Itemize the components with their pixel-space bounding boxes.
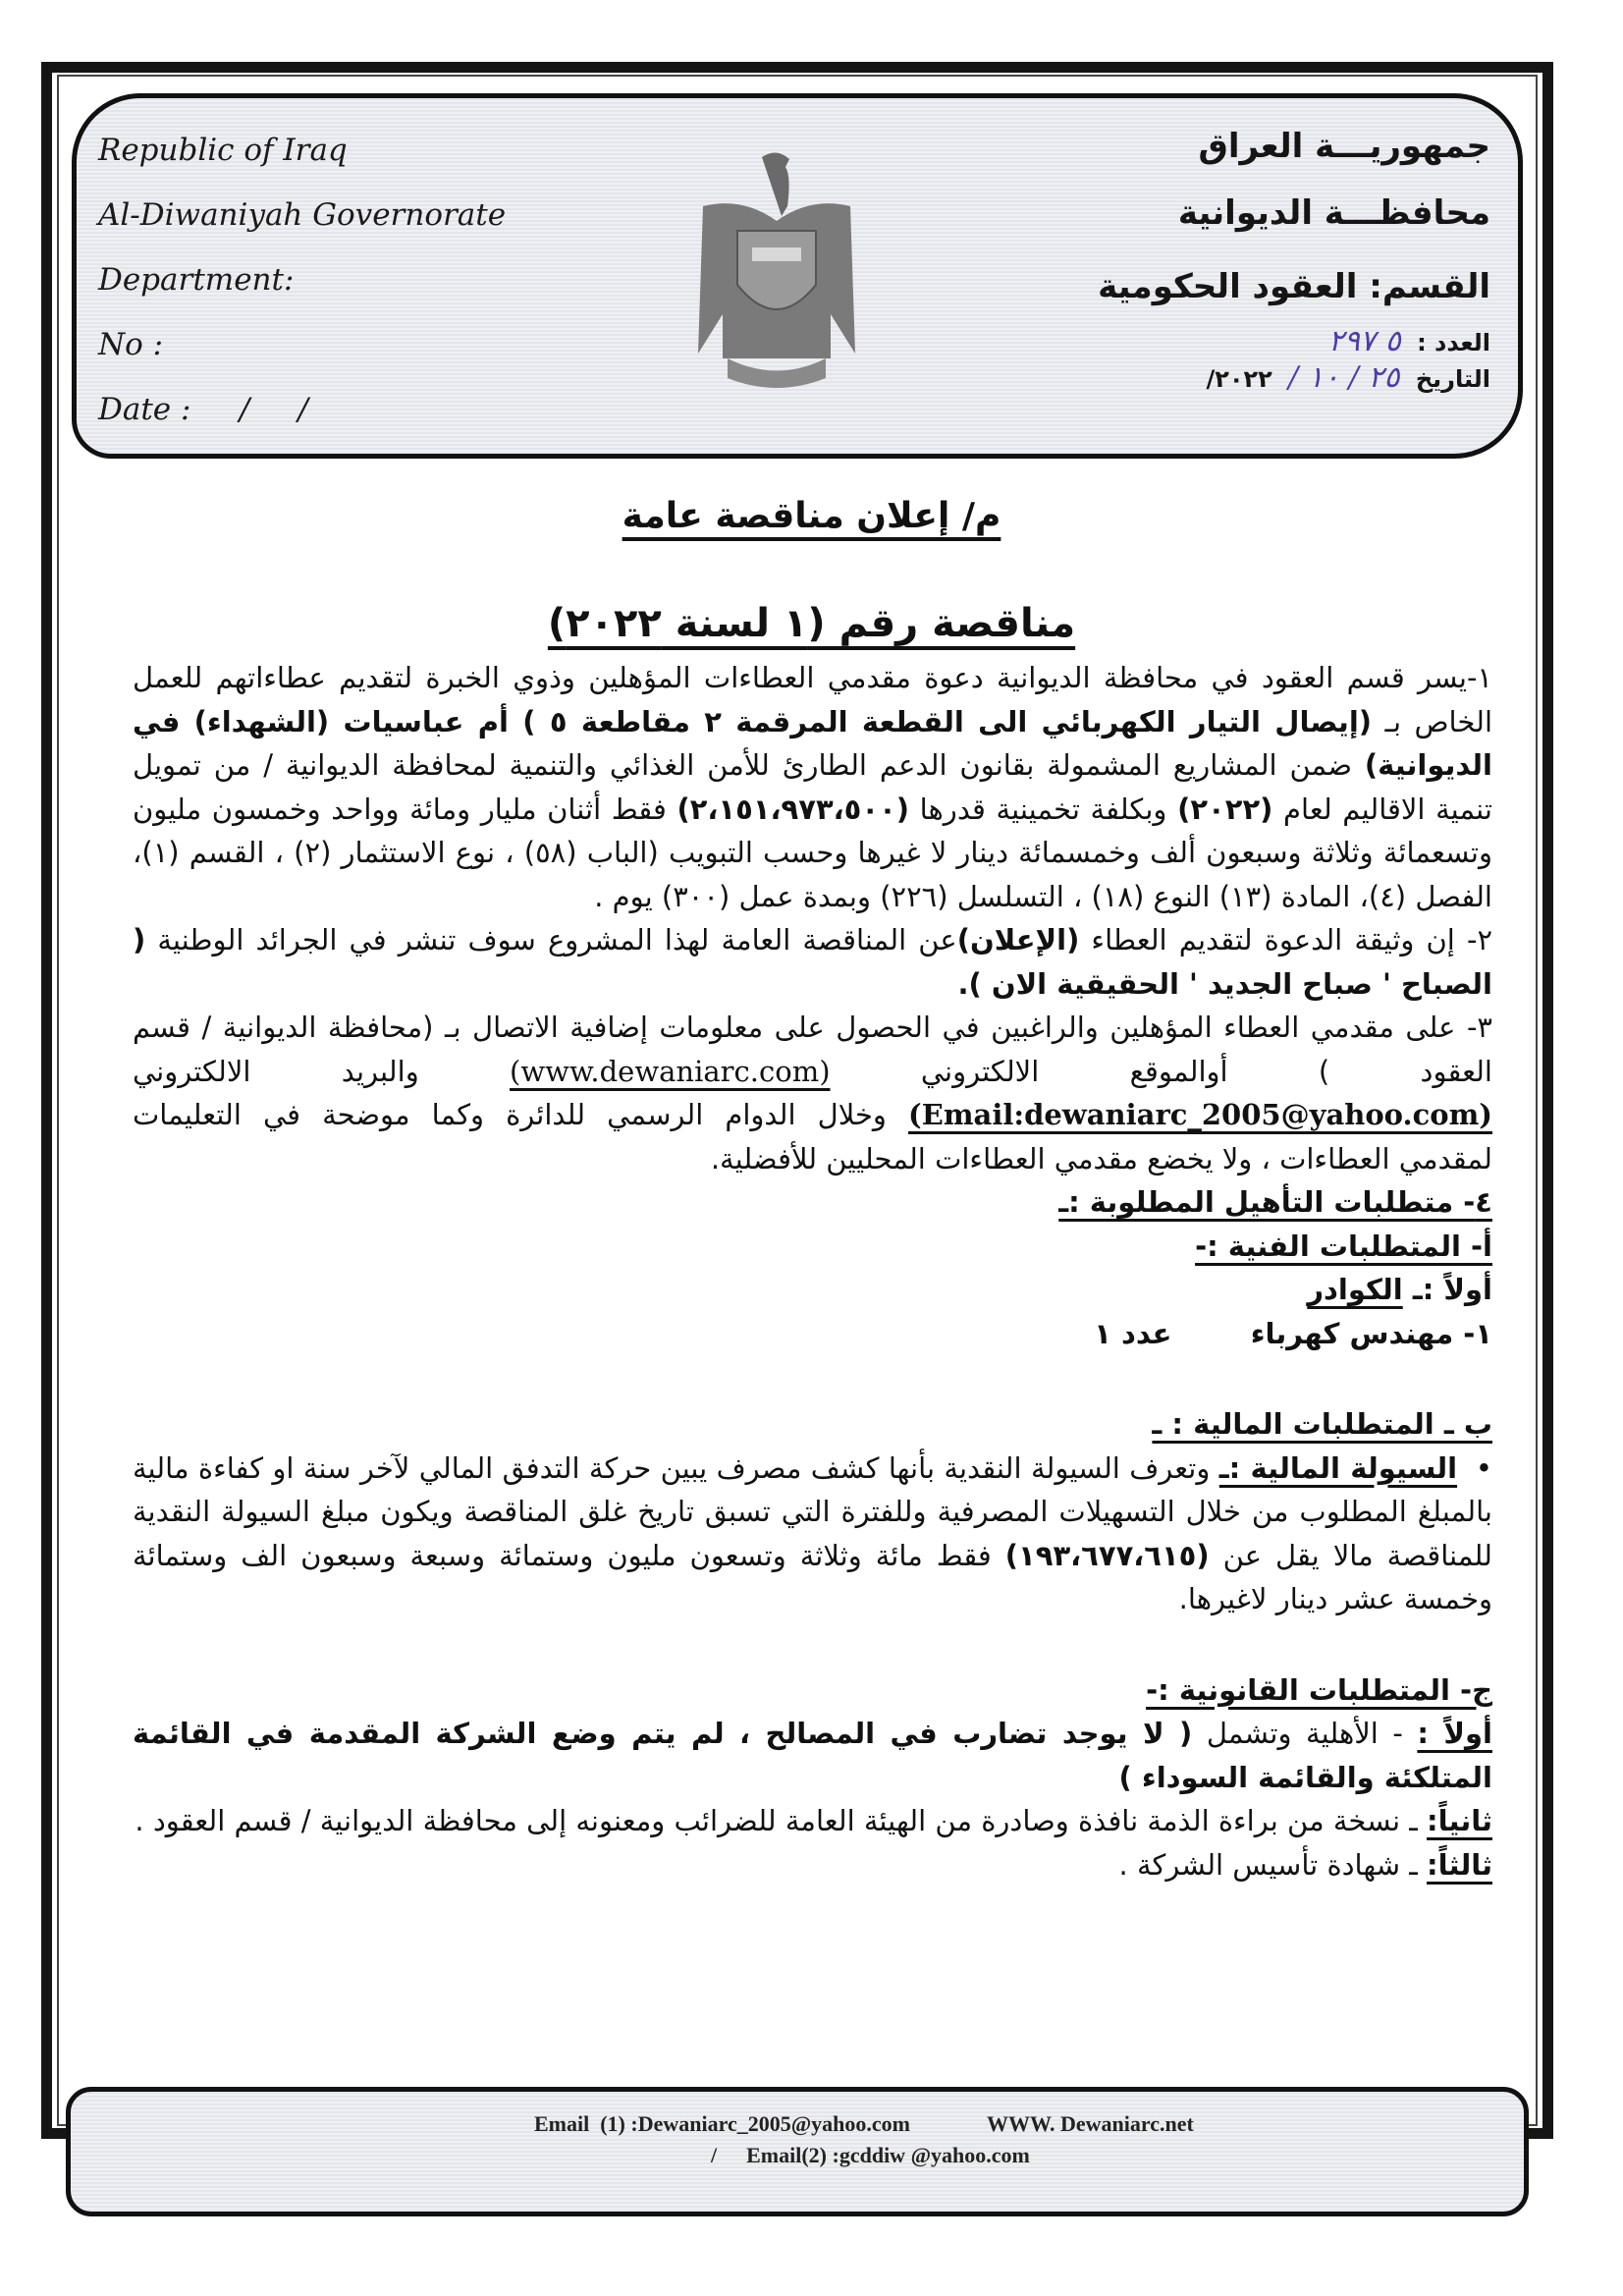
financial-requirements-heading: ب ـ المتطلبات المالية : ـ	[133, 1402, 1492, 1447]
legal-requirements-heading: ج- المتطلبات القانونية :-	[133, 1668, 1492, 1713]
footer-separator: /	[711, 2143, 717, 2167]
number-label-ar: العدد :	[1417, 329, 1490, 356]
estimated-cost: (٢،١٥١،٩٧٣،٥٠٠)	[676, 793, 909, 826]
reference-date: التاريخ ٢٥ / ١٠ / ٢٠٢٢/	[1098, 360, 1490, 397]
footer-email-1[interactable]: Email (1) :Dewaniarc_2005@yahoo.com	[534, 2111, 910, 2136]
section-4-heading: ٤- متطلبات التأهيل المطلوبة :ـ	[133, 1180, 1492, 1225]
country-name-en: Republic of Iraq	[98, 118, 506, 183]
letterhead-arabic: جمهوريـــة العراق محافظـــة الديوانية ال…	[1098, 116, 1490, 397]
legal-item-3: ثالثاً: ـ شهادة تأسيس الشركة .	[133, 1843, 1492, 1887]
date-year: ٢٠٢٢/	[1206, 365, 1271, 393]
number-label-en: No :	[98, 312, 506, 377]
footer-email-2[interactable]: Email(2) :gcddiw @yahoo.com	[746, 2143, 1030, 2167]
country-name-ar: جمهوريـــة العراق	[1098, 116, 1490, 177]
staff-count-label: عدد	[1121, 1317, 1171, 1350]
letterhead: Republic of Iraq Al-Diwaniyah Governorat…	[72, 93, 1523, 459]
letterhead-english: Republic of Iraq Al-Diwaniyah Governorat…	[98, 118, 506, 442]
number-value-handwritten: ٥ ٢٩٧	[1321, 324, 1409, 358]
date-label-ar: التاريخ	[1416, 365, 1490, 393]
website-link[interactable]: (www.dewaniarc.com)	[510, 1055, 830, 1088]
footer-contact-box: Email (1) :Dewaniarc_2005@yahoo.comWWW. …	[66, 2087, 1529, 2216]
department-label-en: Department:	[98, 247, 506, 312]
financial-liquidity-item: • السيولة المالية :ـ وتعرف السيولة النقد…	[133, 1447, 1492, 1621]
date-value-handwritten: ٢٥ / ١٠ /	[1280, 360, 1407, 395]
footer-website[interactable]: WWW. Dewaniarc.net	[987, 2111, 1194, 2136]
legal-item-1: أولاً : - الأهلية وتشمل ( لا يوجد تضارب …	[133, 1712, 1492, 1799]
footer-row-1: Email (1) :Dewaniarc_2005@yahoo.comWWW. …	[534, 2111, 1194, 2137]
technical-requirements-heading: أ- المتطلبات الفنية :-	[133, 1225, 1492, 1269]
iraq-emblem-icon	[683, 137, 870, 393]
document-body: ١-يسر قسم العقود في محافظة الديوانية دعو…	[133, 656, 1492, 1886]
department-name-ar: القسم: العقود الحكومية	[1098, 249, 1490, 324]
staff-item: ١- مهندس كهرباء عدد ١	[133, 1312, 1492, 1356]
document-title: م/ إعلان مناقصة عامة	[0, 496, 1623, 536]
email-link[interactable]: (Email:dewaniarc_2005@yahoo.com)	[908, 1098, 1492, 1131]
liquidity-amount: (١٩٣،٦٧٧،٦١٥)	[1005, 1539, 1210, 1572]
governorate-name-en: Al-Diwaniyah Governorate	[98, 183, 506, 247]
paragraph-2: ٢- إن وثيقة الدعوة لتقديم العطاء (الإعلا…	[133, 918, 1492, 1006]
governorate-name-ar: محافظـــة الديوانية	[1098, 177, 1490, 249]
paragraph-3: ٣- على مقدمي العطاء المؤهلين والراغبين ف…	[133, 1006, 1492, 1180]
staff-count: ١	[1094, 1317, 1111, 1350]
reference-number: العدد : ٥ ٢٩٧	[1098, 324, 1490, 360]
date-label-en: Date : / /	[98, 377, 506, 442]
footer-row-2: /Email(2) :gcddiw @yahoo.com	[711, 2143, 1030, 2168]
legal-item-2: ثانياً: ـ نسخة من براءة الذمة نافذة وصاد…	[133, 1799, 1492, 1843]
staff-heading: أولاً :ـ الكوادر	[133, 1268, 1492, 1312]
staff-role: ١- مهندس كهرباء	[1251, 1317, 1492, 1350]
tender-number: مناقصة رقم (١ لسنة ٢٠٢٢)	[0, 601, 1623, 646]
funding-year: (٢٠٢٢)	[1177, 793, 1272, 826]
bullet-icon: •	[1457, 1451, 1492, 1485]
paragraph-1: ١-يسر قسم العقود في محافظة الديوانية دعو…	[133, 656, 1492, 918]
